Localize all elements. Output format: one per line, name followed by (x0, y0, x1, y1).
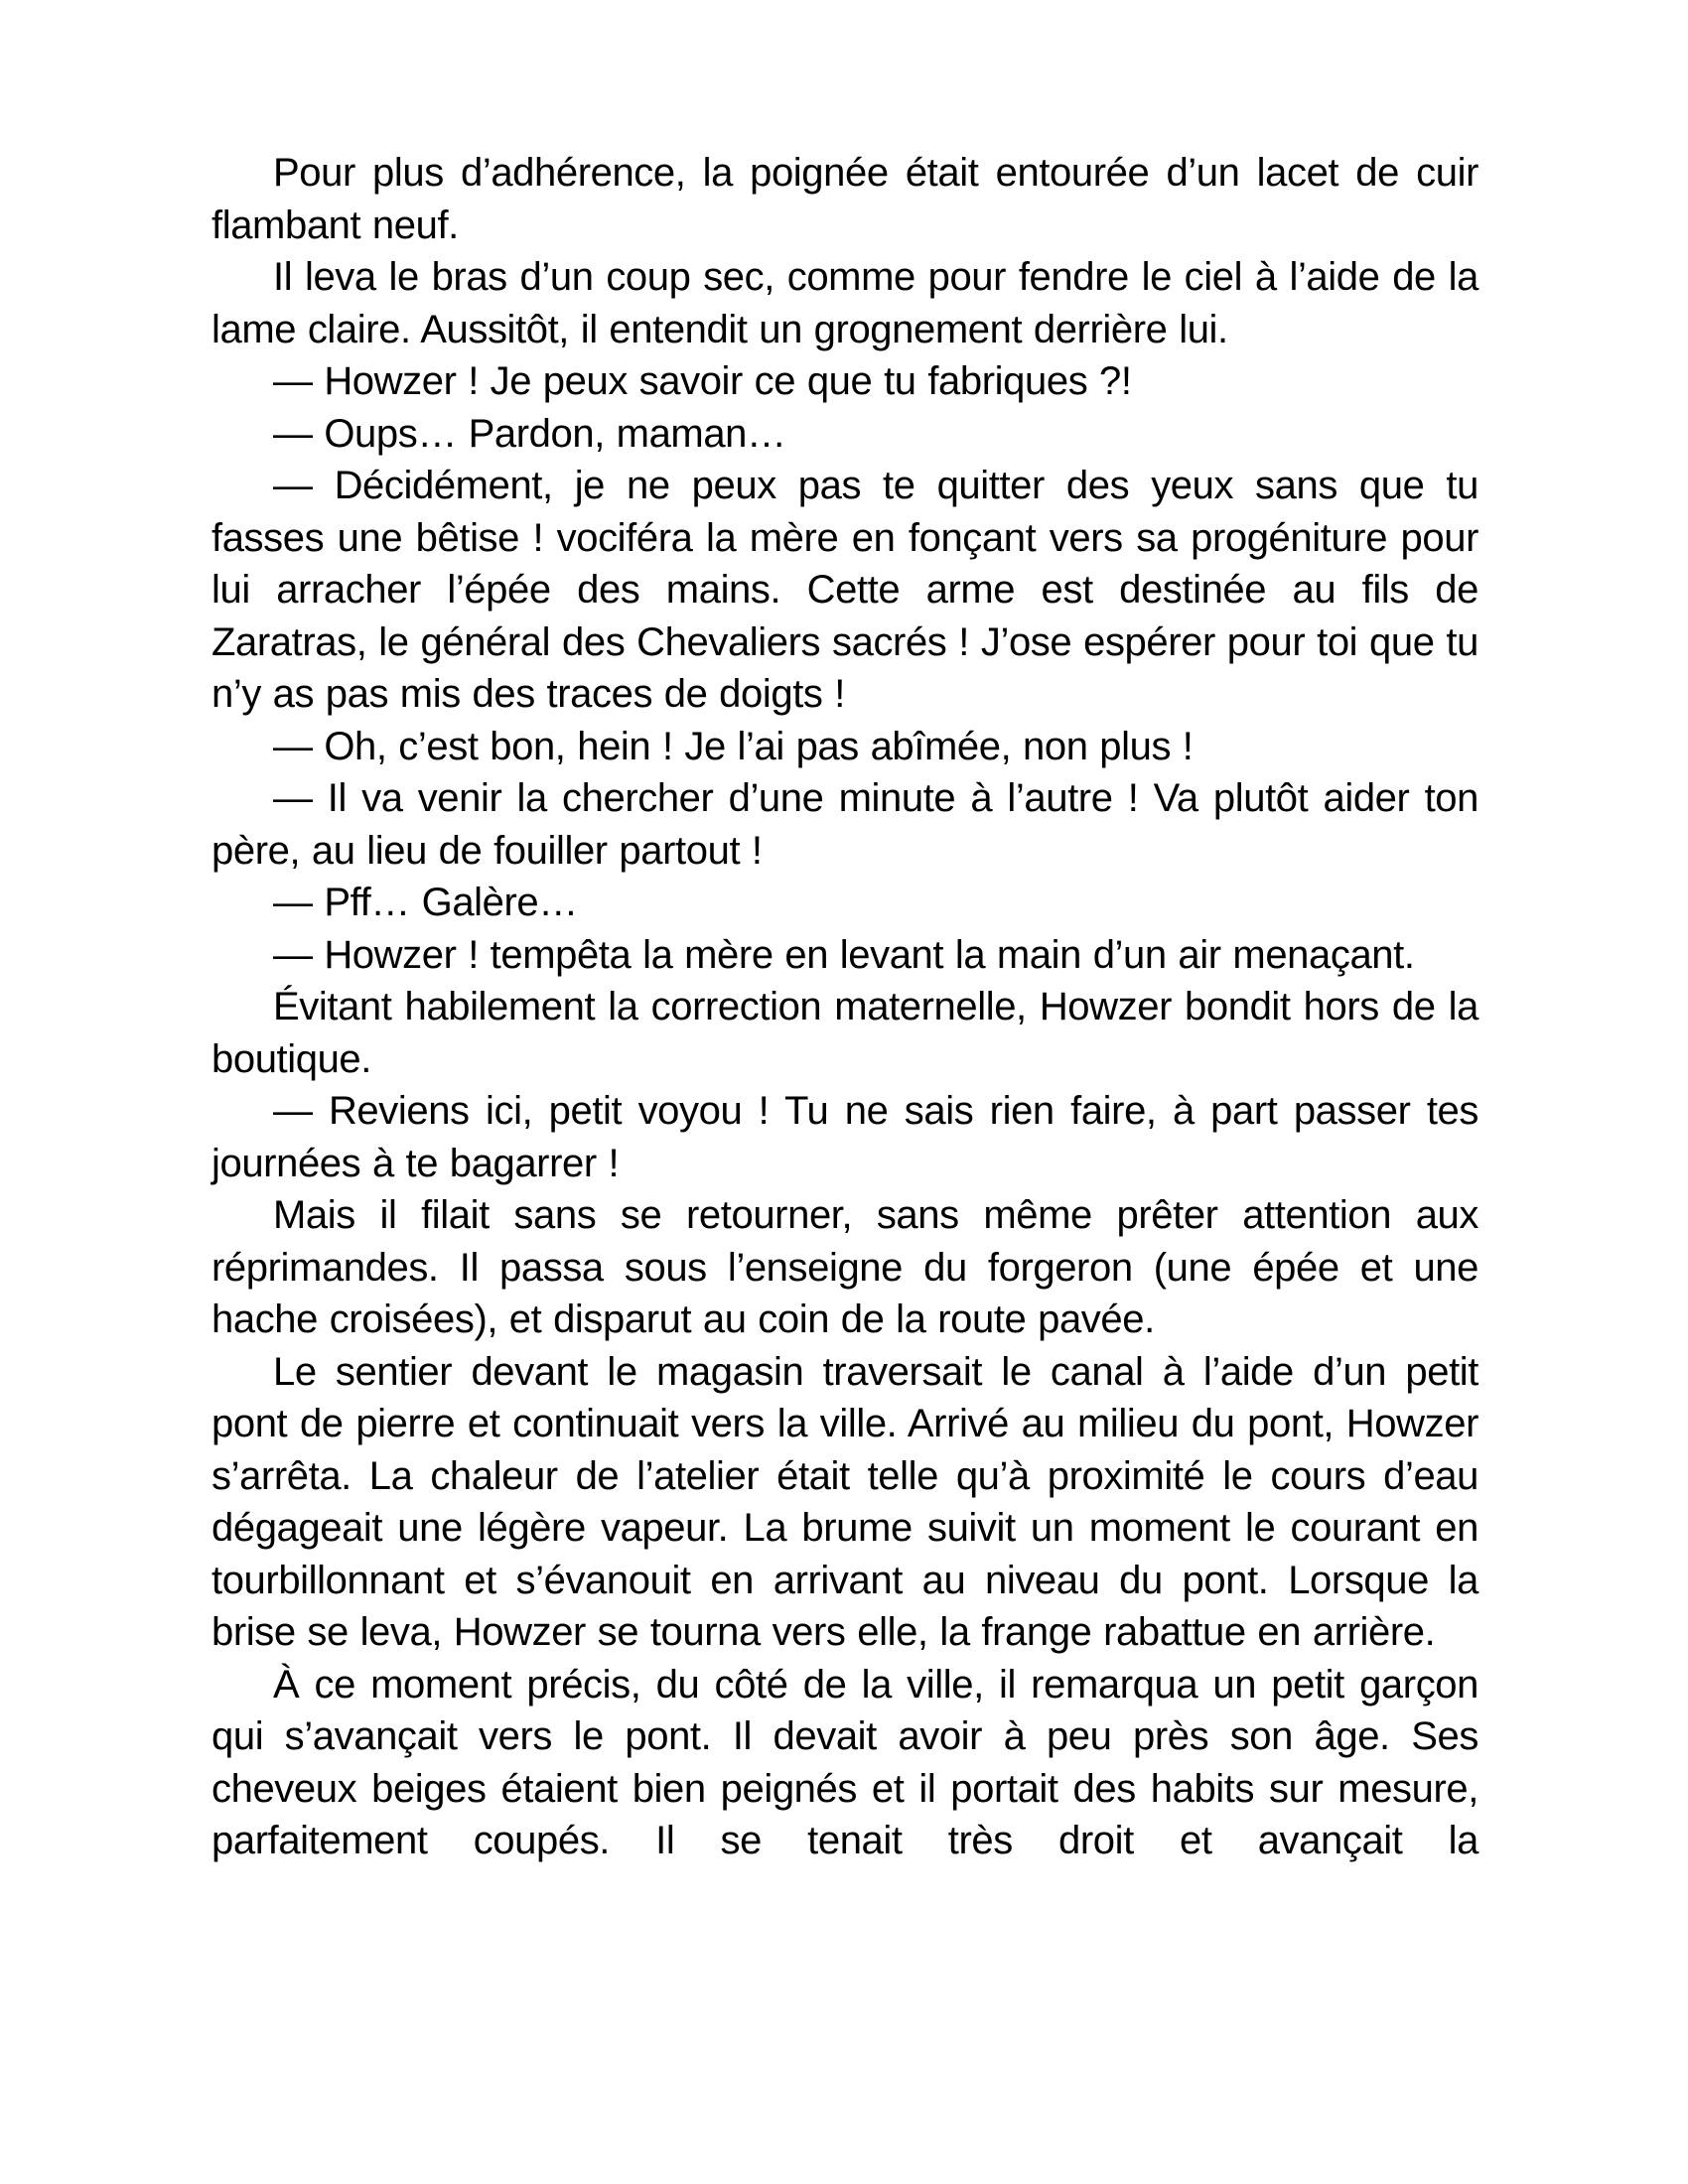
paragraph: — Howzer ! tempêta la mère en levant la … (211, 929, 1478, 982)
text-block: Pour plus d’adhérence, la poignée était … (211, 147, 1478, 1867)
paragraph: Évitant habilement la correction materne… (211, 981, 1478, 1085)
paragraph: — Oh, c’est bon, hein ! Je l’ai pas abîm… (211, 721, 1478, 773)
paragraph: Pour plus d’adhérence, la poignée était … (211, 147, 1478, 251)
book-page: Pour plus d’adhérence, la poignée était … (0, 0, 1688, 2184)
paragraph: — Reviens ici, petit voyou ! Tu ne sais … (211, 1085, 1478, 1189)
paragraph: — Il va venir la chercher d’une minute à… (211, 772, 1478, 877)
paragraph: — Décidément, je ne peux pas te quitter … (211, 460, 1478, 721)
paragraph: Le sentier devant le magasin traversait … (211, 1346, 1478, 1659)
paragraph: Mais il filait sans se retourner, sans m… (211, 1189, 1478, 1346)
paragraph: Il leva le bras d’un coup sec, comme pou… (211, 251, 1478, 355)
paragraph: — Pff… Galère… (211, 877, 1478, 929)
paragraph: — Howzer ! Je peux savoir ce que tu fabr… (211, 355, 1478, 408)
paragraph: À ce moment précis, du côté de la ville,… (211, 1659, 1478, 1867)
paragraph: — Oups… Pardon, maman… (211, 408, 1478, 461)
